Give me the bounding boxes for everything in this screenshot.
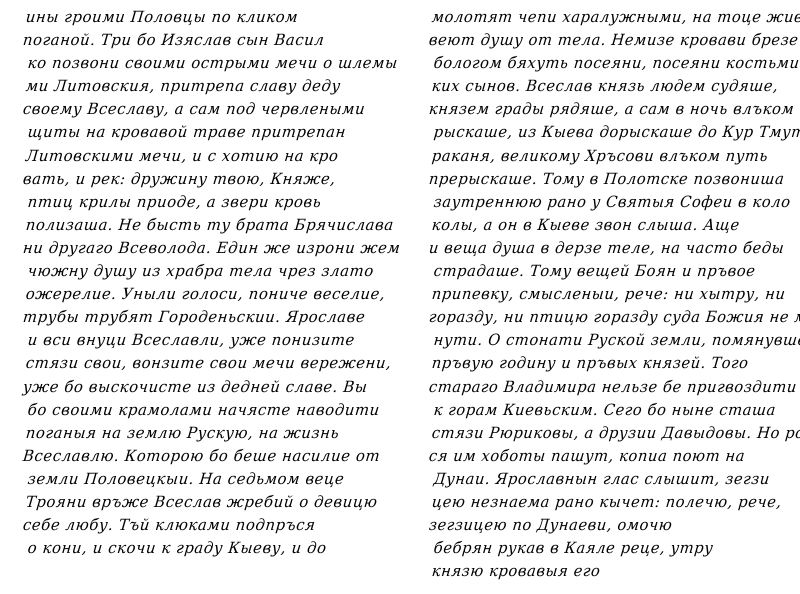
manuscript-line: своему Всеславу, а сам под червлеными xyxy=(21,98,369,121)
manuscript-line: к горам Киевьским. Сего бо ныне сташа xyxy=(427,399,781,422)
manuscript-line: Дунаи. Ярославнын глас слышит, зегзи xyxy=(427,468,781,491)
manuscript-line: и веща душа в дерзе теле, на часто беды xyxy=(427,237,781,260)
manuscript-line: рыскаше, из Кыева дорыскаше до Кур Тмута xyxy=(427,121,781,144)
manuscript-line: поганыя на землю Рускую, на жизнь xyxy=(21,422,369,445)
manuscript-line: бебрян рукав в Каяле реце, утру xyxy=(427,537,781,560)
manuscript-line: прерыскаше. Тому в Полотске позвониша xyxy=(427,168,781,191)
manuscript-line: чюжну душу из храбра тела чрез злато xyxy=(21,260,369,283)
manuscript-line: князем грады рядяше, а сам в ночь влъком xyxy=(427,98,781,121)
manuscript-line: земли Половецкыи. На седьмом веце xyxy=(21,468,369,491)
manuscript-line: горазду, ни птицю горазду суда Божия не … xyxy=(427,306,781,329)
manuscript-line: и вси внуци Всеславли, уже понизите xyxy=(21,329,369,352)
manuscript-line: припевку, смысленыи, рече: ни хытру, ни xyxy=(427,283,781,306)
manuscript-line: нути. О стонати Руской земли, помянувше xyxy=(427,329,781,352)
manuscript-line: ко позвони своими острыми мечи о шлемы xyxy=(21,52,369,75)
manuscript-line: стязи Рюриковы, а друзии Давыдовы. Но ро… xyxy=(427,422,781,445)
manuscript-line: зегзицею по Дунаеви, омочю xyxy=(427,514,781,537)
manuscript-line: полизаша. Не бысть ту брата Брячислава xyxy=(21,214,369,237)
manuscript-line: князю кровавыя его xyxy=(427,560,781,583)
manuscript-line: уже бо выскочисте из дедней славе. Вы xyxy=(21,376,369,399)
manuscript-page: ины гроими Половцы по кликомпоганой. Три… xyxy=(0,0,800,594)
manuscript-line: трубы трубят Городеньскии. Ярославе xyxy=(21,306,369,329)
manuscript-line: вать, и рек: дружину твою, Княже, xyxy=(21,168,369,191)
manuscript-line: молотят чепи харалужными, на тоце живот … xyxy=(427,6,781,29)
manuscript-line: ких сынов. Всеслав князь людем судяше, xyxy=(427,75,781,98)
manuscript-line: ми Литовския, притрепа славу деду xyxy=(21,75,369,98)
manuscript-line: раканя, великому Хръсови влъком путь xyxy=(427,145,781,168)
manuscript-line: бологом бяхуть посеяни, посеяни костьми … xyxy=(427,52,781,75)
manuscript-line: себе любу. Тъй клюками подпръся xyxy=(21,514,369,537)
manuscript-line: страдаше. Тому вещей Боян и пръвое xyxy=(427,260,781,283)
manuscript-line: ся им хоботы пашут, копиа поют на xyxy=(427,445,781,468)
left-column-text: ины гроими Половцы по кликомпоганой. Три… xyxy=(22,6,382,560)
manuscript-line: ни другаго Всеволода. Един же изрони жем xyxy=(21,237,369,260)
manuscript-line: колы, а он в Кыеве звон слыша. Аще xyxy=(427,214,781,237)
manuscript-line: щиты на кровавой траве притрепан xyxy=(21,121,369,144)
manuscript-line: пръвую годину и пръвых князей. Того xyxy=(427,352,781,375)
manuscript-line: Литовскими мечи, и с хотию на кро xyxy=(21,145,369,168)
manuscript-line: бо своими крамолами начясте наводити xyxy=(21,399,369,422)
manuscript-line: птиц крилы приоде, а звери кровь xyxy=(21,191,369,214)
manuscript-line: ины гроими Половцы по кликом xyxy=(21,6,369,29)
manuscript-line: стараго Владимира нельзе бе пригвоздити xyxy=(427,376,781,399)
manuscript-line: Трояни връже Всеслав жребий о девицю xyxy=(21,491,369,514)
right-column-text: молотят чепи харалужными, на тоце живот … xyxy=(428,6,798,583)
manuscript-line: заутреннюю рано у Святыя Софеи в коло xyxy=(427,191,781,214)
manuscript-line: веют душу от тела. Немизе кровави брезе … xyxy=(427,29,781,52)
manuscript-line: ожерелие. Уныли голоси, пониче веселие, xyxy=(21,283,369,306)
manuscript-line: Всеславлю. Которою бо беше насилие от xyxy=(21,445,369,468)
manuscript-line: поганой. Три бо Изяслав сын Васил xyxy=(21,29,369,52)
manuscript-line: о кони, и скочи к граду Кыеву, и до xyxy=(21,537,369,560)
manuscript-line: стязи свои, вонзите свои мечи вережени, xyxy=(21,352,369,375)
manuscript-line: цею незнаема рано кычет: полечю, рече, xyxy=(427,491,781,514)
